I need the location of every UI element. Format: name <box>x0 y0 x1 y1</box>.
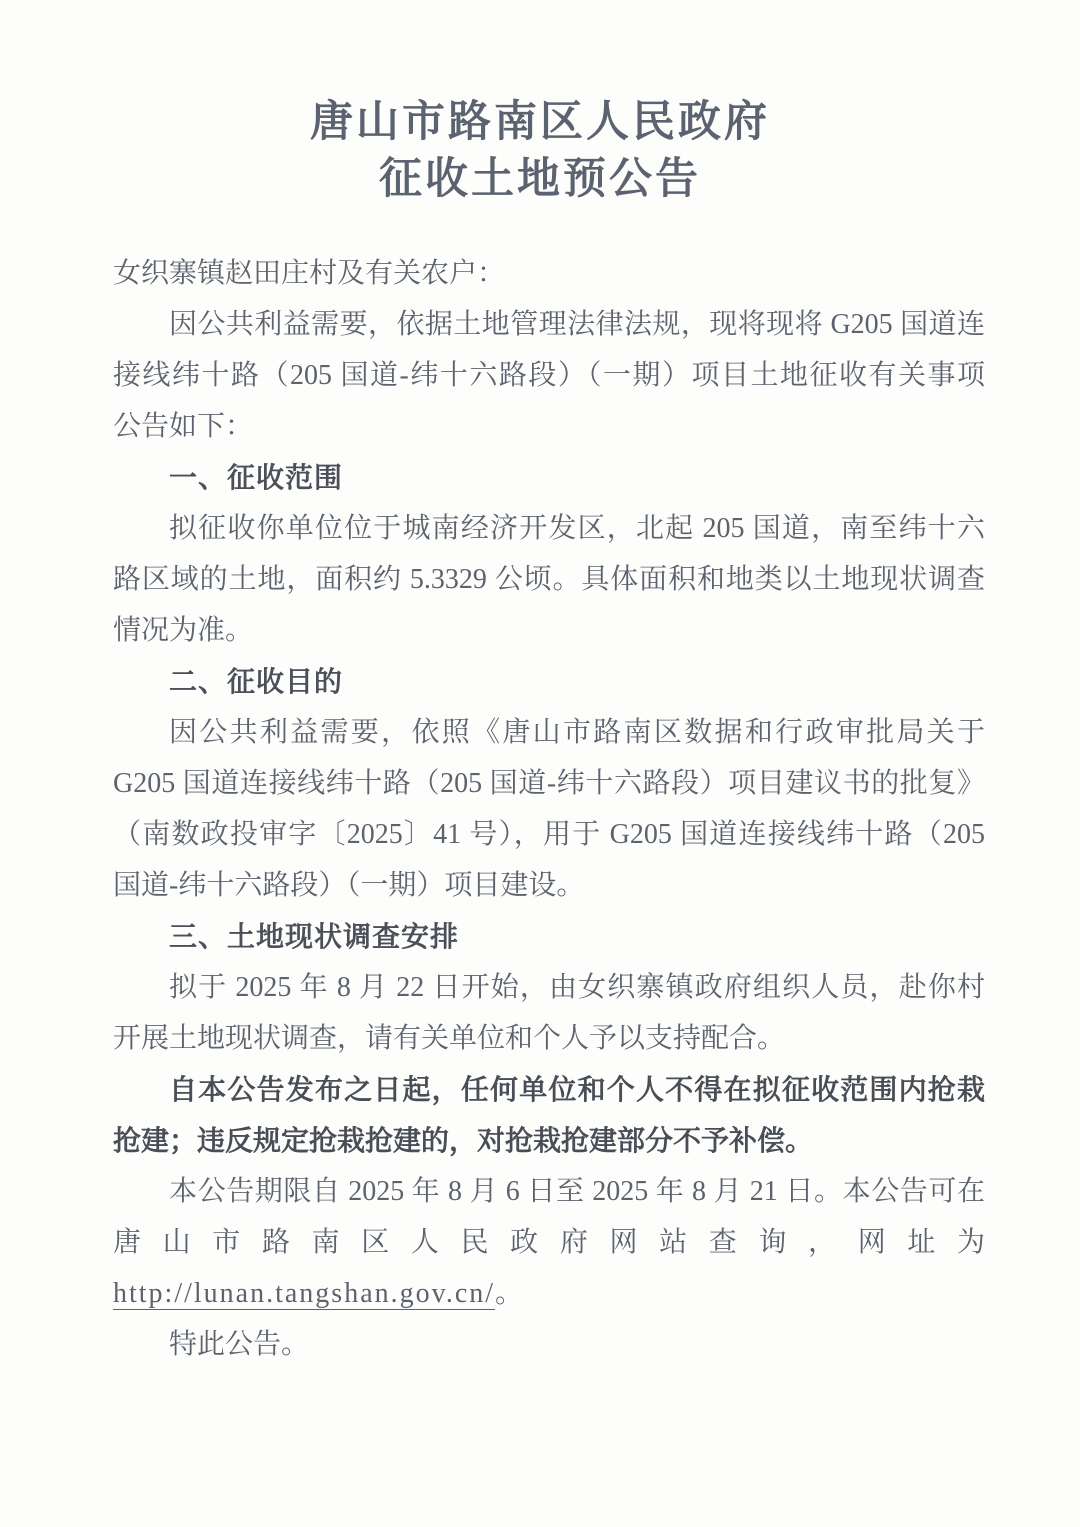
paragraph-line: 唐山市路南区人民政府网站查询，网址为 <box>113 1217 985 1268</box>
paragraph-line: 公告如下： <box>113 401 985 452</box>
paragraph-line: 路区域的土地，面积约 5.3329 公顷。具体面积和地类以土地现状调查 <box>113 554 985 605</box>
website-line: http://lunan.tangshan.gov.cn/。 <box>113 1268 985 1319</box>
document-title-line-2: 征收土地预公告 <box>0 151 1080 208</box>
paragraph-line: 因公共利益需要，依照《唐山市路南区数据和行政审批局关于 <box>113 707 985 758</box>
document-title-line-1: 唐山市路南区人民政府 <box>0 94 1080 151</box>
section-heading-1: 一、征收范围 <box>113 452 985 503</box>
paragraph-line: G205 国道连接线纬十路（205 国道-纬十六路段）项目建议书的批复》 <box>113 758 985 809</box>
paragraph-line: 拟于 2025 年 8 月 22 日开始，由女织寨镇政府组织人员，赴你村 <box>113 962 985 1013</box>
closing-line: 特此公告。 <box>113 1319 985 1370</box>
website-line-period: 。 <box>495 1278 523 1309</box>
salutation-line: 女织寨镇赵田庄村及有关农户： <box>113 248 985 299</box>
section-heading-2: 二、征收目的 <box>113 656 985 707</box>
paragraph-line: 拟征收你单位位于城南经济开发区，北起 205 国道，南至纬十六 <box>113 503 985 554</box>
emphasis-line: 自本公告发布之日起，任何单位和个人不得在拟征收范围内抢栽 <box>113 1064 985 1115</box>
section-heading-3: 三、土地现状调查安排 <box>113 911 985 962</box>
emphasis-line: 抢建；违反规定抢栽抢建的，对抢栽抢建部分不予补偿。 <box>113 1115 985 1166</box>
document-body: 女织寨镇赵田庄村及有关农户： 因公共利益需要，依据土地管理法律法规，现将现将 G… <box>113 248 985 1370</box>
announcement-page: 唐山市路南区人民政府 征收土地预公告 女织寨镇赵田庄村及有关农户： 因公共利益需… <box>0 0 1080 1527</box>
paragraph-line: 开展土地现状调查，请有关单位和个人予以支持配合。 <box>113 1013 985 1064</box>
paragraph-line: （南数政投审字〔2025〕41 号），用于 G205 国道连接线纬十路（205 <box>113 809 985 860</box>
paragraph-line: 因公共利益需要，依据土地管理法律法规，现将现将 G205 国道连 <box>113 299 985 350</box>
paragraph-line: 接线纬十路（205 国道-纬十六路段）（一期）项目土地征收有关事项 <box>113 350 985 401</box>
website-link[interactable]: http://lunan.tangshan.gov.cn/ <box>113 1278 495 1309</box>
document-title: 唐山市路南区人民政府 征收土地预公告 <box>0 94 1080 208</box>
paragraph-line: 本公告期限自 2025 年 8 月 6 日至 2025 年 8 月 21 日。本… <box>113 1166 985 1217</box>
paragraph-line: 国道-纬十六路段）（一期）项目建设。 <box>113 860 985 911</box>
paragraph-line: 情况为准。 <box>113 605 985 656</box>
